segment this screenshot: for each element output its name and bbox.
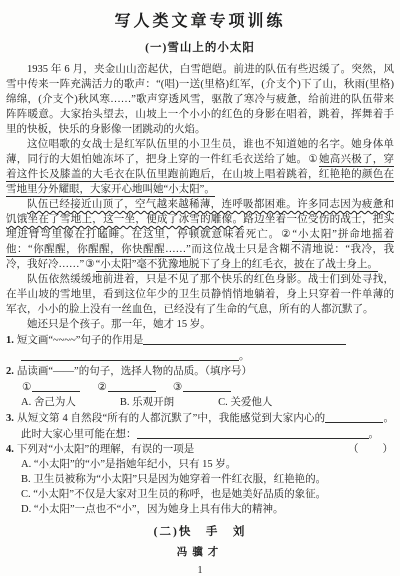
spacer	[80, 389, 96, 390]
text-run: A. 舍己为人	[21, 397, 76, 408]
underlined-sentence: “小太阳”毫不犹豫地脱下了身上的红毛衣，披在了战士身上。	[96, 259, 378, 272]
circled-number: ②	[96, 382, 107, 393]
spacer	[156, 389, 172, 390]
question-4-body: 下列对“小太阳”的理解，有误的一项是（ ）A. “小太阳”的“小”是指她年纪小，…	[17, 444, 326, 515]
passage-paragraph-4: 队伍依然缓缓地前进着，只是不见了那个快乐的红色身影。战士们到处寻找，在半山坡的雪…	[6, 272, 394, 317]
text-run: 从短文第 4 自然段“所有的人都沉默了”中，我能感觉到大家内心的	[17, 413, 325, 424]
section-2-title: (二)快 手 刘	[6, 525, 394, 540]
worksheet-page: 写人类文章专项训练 (一)雪山上的小太阳 1935 年 6 月，夹金山山峦起伏，…	[0, 0, 400, 576]
text-run: D. “小太阳”一点也不“小”，因为她身上具有伟大的精神。	[21, 504, 283, 515]
question-3-number: 3.	[6, 413, 14, 424]
passage-paragraph-1: 1935 年 6 月，夹金山山峦起伏，白雪皑皑。前进的队伍有些迟缓了。突然，风雪…	[6, 62, 394, 137]
question-2-number: 2.	[6, 366, 14, 377]
spacer	[76, 404, 120, 405]
text-run: 。	[369, 429, 380, 440]
answer-blank[interactable]	[143, 332, 346, 345]
answer-blank[interactable]	[137, 426, 369, 439]
question-4-number: 4.	[6, 444, 14, 455]
section-2-author: 冯骥才	[6, 546, 394, 560]
text-run: C. 关爱他人	[218, 397, 272, 408]
text-run: 。	[239, 351, 250, 362]
text-run: 短文画“~~~~”句子的作用是	[17, 335, 144, 346]
circled-number: ③	[172, 382, 183, 393]
passage-paragraph-2: 这位唱歌的女战士是红军队伍里的小卫生员，谁也不知道她的名字。她身体单薄，同行的大…	[6, 137, 394, 197]
question-2: 2.品读画“——”的句子，选择人物的品质。（填序号）①②③A. 舍己为人B. 乐…	[6, 364, 394, 410]
worksheet-title: 写人类文章专项训练	[6, 12, 394, 32]
question-1: 1.短文画“~~~~”句子的作用是。	[6, 332, 394, 364]
text-run: B. 乐观开朗	[120, 397, 174, 408]
circled-number: ③	[84, 259, 95, 270]
page-number: 1	[6, 564, 394, 576]
answer-blank[interactable]	[21, 348, 239, 361]
question-1-number: 1.	[6, 335, 14, 346]
answer-blank[interactable]	[325, 410, 383, 423]
text-run: A. “小太阳”的“小”是指她年纪小，只有 15 岁。	[21, 459, 236, 470]
question-1-body: 短文画“~~~~”句子的作用是。	[17, 335, 347, 362]
question-4: 4.下列对“小太阳”的理解，有误的一项是（ ）A. “小太阳”的“小”是指她年纪…	[6, 442, 394, 517]
question-2-body: 品读画“——”的句子，选择人物的品质。（填序号）①②③A. 舍己为人B. 乐观开…	[17, 366, 273, 408]
circled-number: ①	[307, 154, 319, 165]
answer-blank[interactable]	[108, 379, 156, 392]
text-run: C. “小太阳”不仅是大家对卫生员的称呼，也是她美好品质的象征。	[21, 489, 326, 500]
question-3-body: 从短文第 4 自然段“所有的人都沉默了”中，我能感觉到大家内心的。此时大家心里可…	[17, 413, 394, 440]
section-1-title: (一)雪山上的小太阳	[6, 41, 394, 56]
text-run: 品读画“——”的句子，选择人物的品质。（填序号）	[17, 366, 252, 377]
answer-parens: （ ）	[363, 442, 394, 457]
circled-number: ①	[21, 382, 32, 393]
question-3: 3.从短文第 4 自然段“所有的人都沉默了”中，我能感觉到大家内心的。此时大家心…	[6, 410, 394, 442]
text-run: 下列对“小太阳”的理解，有误的一项是	[17, 444, 194, 455]
spacer	[174, 404, 218, 405]
answer-blank[interactable]	[32, 379, 80, 392]
text-run: B. 卫生员被称为“小太阳”只是因为她穿着一件红衣服，红艳艳的。	[21, 474, 326, 485]
passage-paragraph-3: 队伍已经接近山顶了，空气越来越稀薄，连呼吸都困难。许多同志因为疲惫和饥饿坐在了雪…	[6, 197, 394, 272]
answer-blank[interactable]	[183, 379, 231, 392]
passage-paragraph-5: 她还只是个孩子。那一年，她才 15 岁。	[6, 317, 394, 332]
circled-number: ②	[280, 229, 292, 240]
